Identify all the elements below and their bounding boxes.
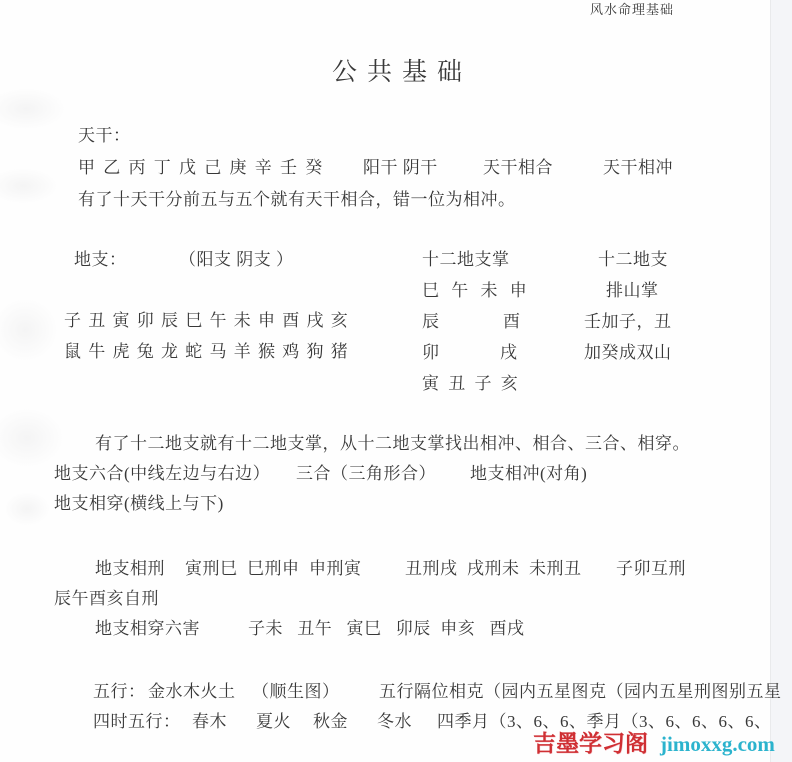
sishi-label: 四时五行： [93, 712, 181, 732]
scan-artifact [0, 298, 58, 362]
tiangan-label: 天干： [78, 126, 131, 146]
sishi-spring: 春木 [192, 712, 227, 732]
xing-group-2: 丑刑戌 戌刑未 未刑丑 [405, 559, 582, 579]
animals-row: 鼠 牛 虎 兔 龙 蛇 马 羊 猴 鸡 狗 猪 [64, 342, 348, 362]
tiangan-stems: 甲 乙 丙 丁 戊 己 庚 辛 壬 癸 [78, 158, 323, 178]
page-title: 公共基础 [332, 59, 472, 87]
scan-artifact [4, 492, 50, 526]
scan-artifact [0, 408, 64, 468]
palm-mid-right-2: 戌 [500, 343, 518, 363]
paishan-line-2: 加癸成双山 [584, 343, 672, 363]
dizhi-palm-title: 十二地支掌 [422, 250, 510, 270]
tiangan-he: 天干相合 [483, 158, 553, 178]
palm-mid-right-1: 酉 [503, 312, 521, 332]
palm-mid-left-1: 辰 [422, 312, 440, 332]
xing-group-3: 子卯互刑 [616, 559, 686, 579]
dizhi-paragraph: 有了十二地支就有十二地支掌，从十二地支掌找出相冲、相合、三合、相穿。 [95, 434, 690, 454]
dizhi-liuhe: 地支六合(中线左边与右边） [54, 464, 270, 484]
sishi-summer: 夏火 [256, 712, 291, 732]
wuxing-elements: 金水木火土 [148, 682, 236, 702]
xing-zixing: 辰午酉亥自刑 [54, 589, 159, 609]
scan-artifact [0, 168, 58, 204]
dizhi-xiangchuan: 地支相穿(横线上与下) [54, 494, 224, 514]
sishi-sijiyue: 四季月（3、6、6、季月（3、6、6、6、6、 [437, 712, 772, 732]
scan-artifact [0, 88, 66, 130]
sishi-autumn: 秋金 [313, 712, 348, 732]
branches-row: 子 丑 寅 卯 辰 巳 午 未 申 酉 戌 亥 [64, 311, 348, 331]
tiangan-yang-yin: 阳干 阴干 [363, 158, 438, 178]
wuxing-gewei: 五行隔位相克（园内五星图克（园内五星刑图别五星 [379, 682, 782, 702]
xing-group-1: 寅刑巳 巳刑申 申刑寅 [185, 559, 362, 579]
dizhi-label: 地支： [74, 250, 127, 270]
wuxing-label: 五行： [93, 682, 146, 702]
palm-mid-left-2: 卯 [422, 343, 440, 363]
palm-bottom-row: 寅 丑 子 亥 [422, 374, 518, 394]
sishi-winter: 冬水 [377, 712, 412, 732]
tiangan-chong: 天干相冲 [603, 158, 673, 178]
paishan-title-2: 排山掌 [606, 281, 659, 301]
wuxing-shunsheng: （顺生图） [252, 682, 340, 702]
watermark-site: jimoxxg.com [660, 732, 775, 756]
dizhi-xiangchong: 地支相冲(对角) [470, 464, 587, 484]
liuhai-label: 地支相穿六害 [95, 619, 200, 639]
watermark-text: 吉墨学习阁 [533, 730, 648, 756]
xing-label: 地支相刑 [95, 559, 165, 579]
liuhai-pairs: 子未 丑午 寅巳 卯辰 申亥 酉戌 [248, 619, 525, 639]
paishan-line-1: 壬加子，丑 [584, 312, 672, 332]
document-page: 风水命理基础 公共基础 天干： 甲 乙 丙 丁 戊 己 庚 辛 壬 癸 阳干 阴… [0, 0, 792, 762]
dizhi-yin-yang: （阳支 阴支 ） [179, 250, 294, 270]
page-edge-strip [771, 0, 792, 762]
running-header: 风水命理基础 [590, 2, 674, 18]
palm-top-row: 巳 午 未 申 [422, 281, 527, 301]
tiangan-note: 有了十天干分前五与五个就有天干相合，错一位为相冲。 [78, 190, 516, 210]
dizhi-sanhe: 三合（三角形合） [296, 464, 436, 484]
paishan-title-1: 十二地支 [598, 250, 668, 270]
